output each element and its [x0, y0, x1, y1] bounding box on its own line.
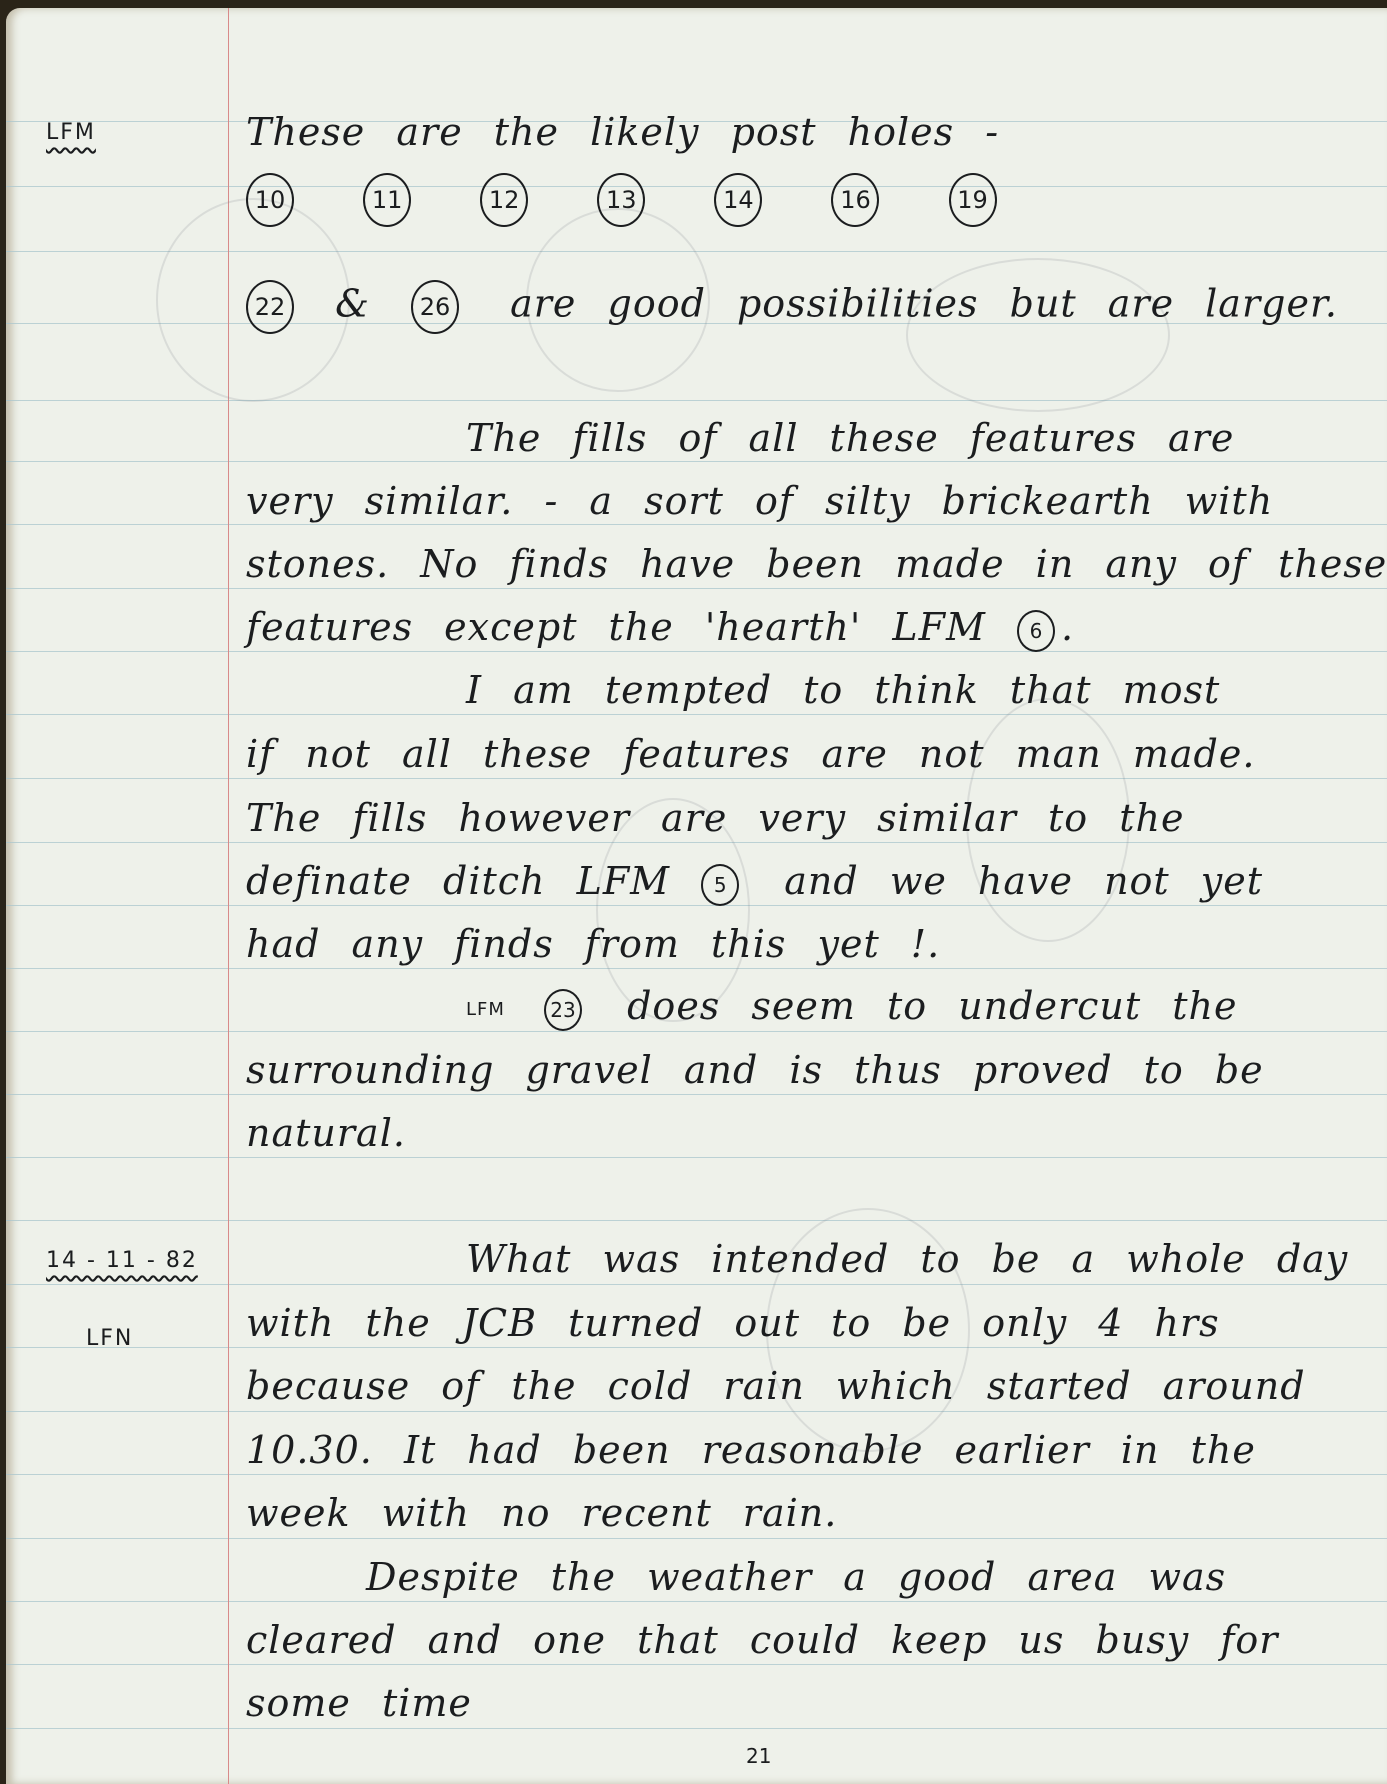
joiner-text: & [335, 282, 370, 326]
rule-line [6, 1157, 1387, 1158]
rule-line [6, 1094, 1387, 1095]
entry-line: What was intended to be a whole day [246, 1237, 1367, 1281]
margin-note-site-code-2: LFN [86, 1326, 256, 1351]
rule-line [6, 1601, 1387, 1602]
rule-line [6, 400, 1387, 401]
page-number: 21 [746, 1744, 771, 1768]
rule-line [6, 1411, 1387, 1412]
feature-23-line: LFM 23 does seem to undercut the [246, 984, 1367, 1031]
feature-ref-circle: 16 [831, 173, 879, 227]
entry-line: The fills of all these features are [246, 416, 1367, 460]
rule-line [6, 714, 1387, 715]
rule-line [6, 588, 1387, 589]
rule-line [6, 1220, 1387, 1221]
feature-ref-circle: 12 [480, 173, 528, 227]
entry-line: Despite the weather a good area was [246, 1555, 1367, 1599]
rule-line [6, 461, 1387, 462]
entry-line: These are the likely post holes - [246, 110, 1367, 154]
rule-line [6, 1728, 1387, 1729]
feature-ref-circle: 23 [544, 989, 582, 1031]
possibles-text: are good possibilities but are larger. [510, 282, 1338, 326]
punctuation: . [1061, 605, 1074, 649]
rule-line [6, 778, 1387, 779]
entry-line: because of the cold rain which started a… [246, 1364, 1367, 1408]
entry-text: does seem to undercut the [627, 984, 1237, 1028]
entry-text: and we have not yet [784, 859, 1263, 903]
possibles-line: 22 & 26 are good possibilities but are l… [246, 280, 1367, 334]
margin-note-site-code: LFM [46, 120, 216, 145]
post-hole-list: 10 11 12 13 14 16 19 [246, 173, 1367, 227]
entry-line: had any finds from this yet !. [246, 922, 1367, 966]
rule-line [6, 1538, 1387, 1539]
entry-line: I am tempted to think that most [246, 668, 1367, 712]
entry-text: features except the 'hearth' LFM [246, 605, 986, 649]
entry-line: natural. [246, 1111, 1367, 1155]
entry-line: stones. No finds have been made in any o… [246, 542, 1367, 586]
rule-line [6, 1031, 1387, 1032]
hearth-line: features except the 'hearth' LFM 6. [246, 605, 1367, 652]
feature-ref-circle: 10 [246, 173, 294, 227]
entry-line: The fills however are very similar to th… [246, 796, 1367, 840]
entry-line: if not all these features are not man ma… [246, 732, 1367, 776]
feature-ref-circle: 11 [363, 173, 411, 227]
entry-line: some time [246, 1681, 1367, 1725]
feature-ref-circle: 19 [949, 173, 997, 227]
ditch-line: definate ditch LFM 5 and we have not yet [246, 859, 1367, 906]
feature-ref-circle: 22 [246, 280, 294, 334]
site-code: LFM [466, 999, 505, 1020]
entry-line: with the JCB turned out to be only 4 hrs [246, 1301, 1367, 1345]
rule-line [6, 524, 1387, 525]
feature-ref-circle: 26 [411, 280, 459, 334]
rule-line [6, 1664, 1387, 1665]
feature-ref-circle: 5 [701, 864, 739, 906]
feature-ref-circle: 13 [597, 173, 645, 227]
entry-line: surrounding gravel and is thus proved to… [246, 1048, 1367, 1092]
rule-line [6, 1474, 1387, 1475]
notebook-page: LFM 14 - 11 - 82 LFN These are the likel… [6, 8, 1387, 1784]
feature-ref-circle: 14 [714, 173, 762, 227]
entry-text: definate ditch LFM [246, 859, 670, 903]
feature-ref-circle: 6 [1017, 610, 1055, 652]
entry-line: 10.30. It had been reasonable earlier in… [246, 1428, 1367, 1472]
entry-line: week with no recent rain. [246, 1491, 1367, 1535]
entry-line: very similar. - a sort of silty brickear… [246, 479, 1367, 523]
margin-note-date: 14 - 11 - 82 [46, 1248, 216, 1273]
rule-line [6, 1284, 1387, 1285]
entry-line: cleared and one that could keep us busy … [246, 1618, 1367, 1662]
